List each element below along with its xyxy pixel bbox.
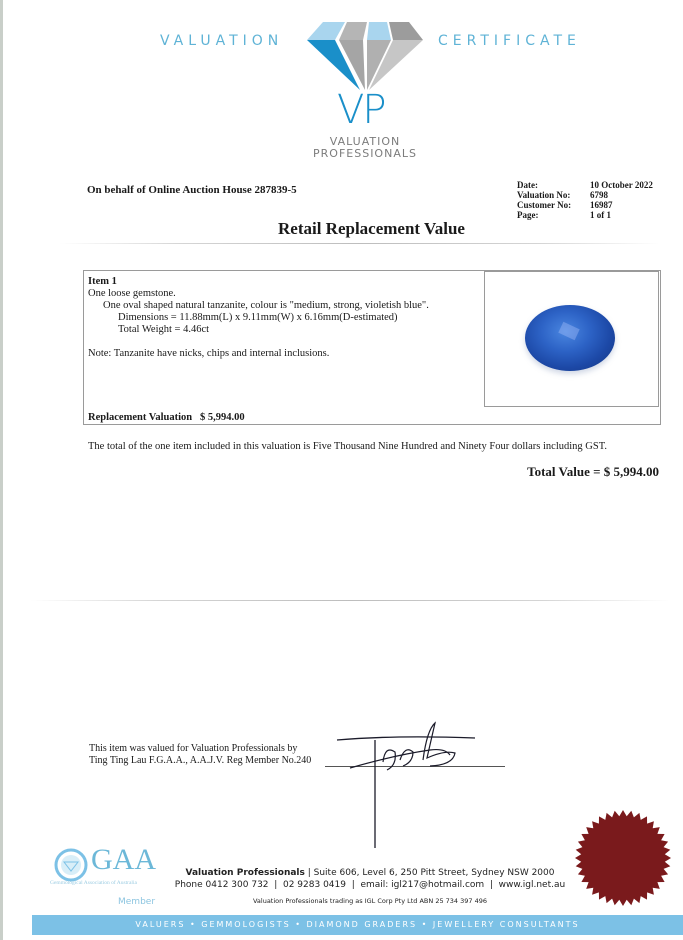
item-description: Item 1 One loose gemstone. One oval shap… (88, 276, 478, 360)
footer-address: Valuation Professionals | Suite 606, Lev… (170, 868, 570, 878)
header-certificate-word: CERTIFICATE (438, 33, 581, 49)
meta-row-date: Date:10 October 2022 (517, 180, 653, 190)
tanzanite-gem-icon (525, 305, 615, 371)
item-dimensions: Dimensions = 11.88mm(L) x 9.11mm(W) x 6.… (88, 312, 478, 324)
red-seal-icon (573, 808, 673, 908)
item-line-1: One loose gemstone. (88, 288, 478, 300)
item-line-2: One oval shaped natural tanzanite, colou… (88, 300, 478, 312)
valuer-statement: This item was valued for Valuation Profe… (89, 743, 311, 767)
fold-line (30, 600, 670, 601)
logo-line-2: PROFESSIONALS (300, 148, 430, 160)
footer-trading: Valuation Professionals trading as IGL C… (170, 897, 570, 905)
item-heading: Item 1 (88, 276, 478, 288)
replacement-valuation-label: Replacement Valuation (88, 412, 192, 423)
footer-contact: Phone 0412 300 732 | 02 9283 0419 | emai… (170, 880, 570, 890)
item-weight: Total Weight = 4.46ct (88, 324, 478, 336)
meta-row-page: Page:1 of 1 (517, 210, 653, 220)
valuer-line-1: This item was valued for Valuation Profe… (89, 743, 311, 755)
valuation-meta: Date:10 October 2022 Valuation No:6798 C… (517, 180, 653, 220)
gaa-emblem-icon (54, 848, 88, 882)
diamond-logo-icon (305, 20, 425, 92)
signature-icon (335, 720, 485, 850)
header-valuation-word: VALUATION (160, 33, 283, 49)
document-title: Retail Replacement Value (278, 219, 465, 239)
footer-address-text: | Suite 606, Level 6, 250 Pitt Street, S… (305, 868, 555, 878)
gaa-full-name: Gemmological Association of Australia (50, 880, 137, 886)
footer-company: Valuation Professionals (186, 868, 305, 878)
total-value: Total Value = $ 5,994.00 (527, 464, 659, 480)
gaa-logo-text: GAA (91, 843, 156, 877)
valuer-line-2: Ting Ting Lau F.G.A.A., A.A.J.V. Reg Mem… (89, 755, 311, 767)
page-edge (0, 0, 3, 940)
meta-row-valuation-no: Valuation No:6798 (517, 190, 653, 200)
services-band: VALUERS • GEMMOLOGISTS • DIAMOND GRADERS… (32, 915, 683, 935)
replacement-valuation-amount: $ 5,994.00 (200, 412, 245, 423)
total-sentence: The total of the one item included in th… (88, 441, 607, 452)
logo-vp: VP (337, 87, 384, 133)
title-rule (60, 243, 660, 244)
item-note: Note: Tanzanite have nicks, chips and in… (88, 348, 478, 360)
replacement-valuation: Replacement Valuation $ 5,994.00 (88, 412, 245, 424)
gemstone-image (484, 271, 659, 407)
logo-subtitle: VALUATION PROFESSIONALS (300, 136, 430, 160)
on-behalf-of: On behalf of Online Auction House 287839… (87, 184, 297, 196)
meta-row-customer-no: Customer No:16987 (517, 200, 653, 210)
gaa-member-label: Member (118, 897, 155, 907)
